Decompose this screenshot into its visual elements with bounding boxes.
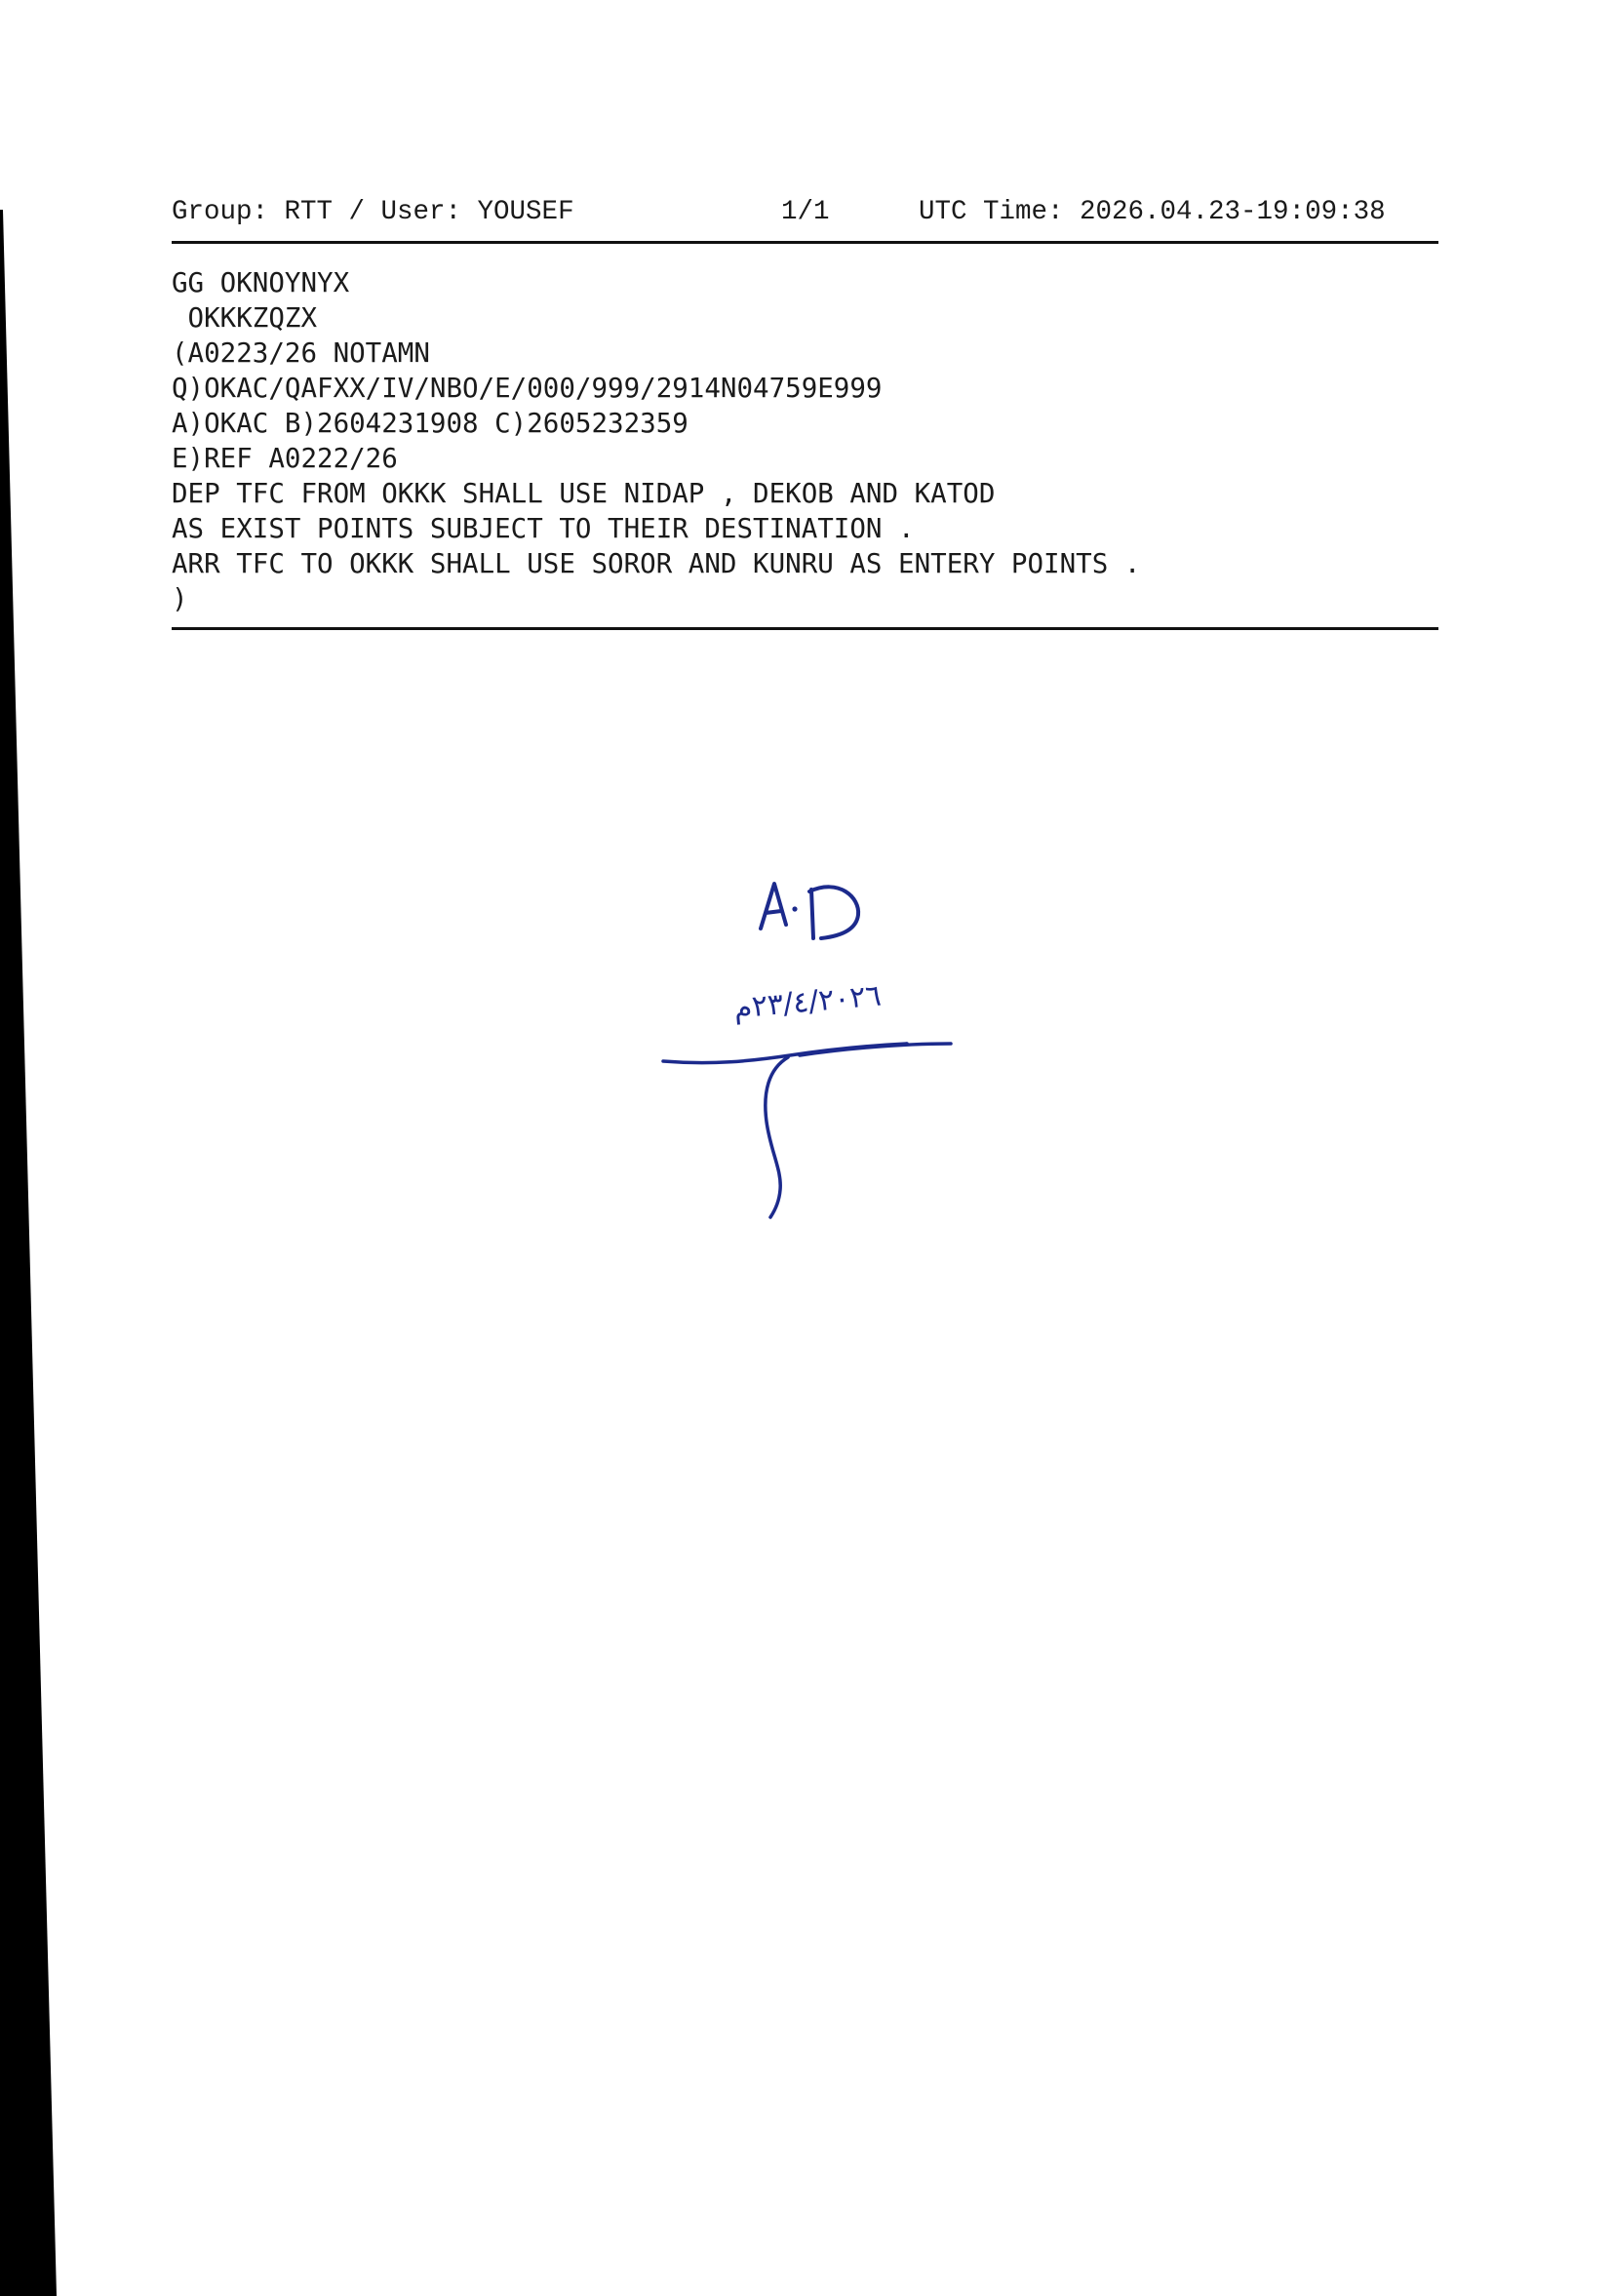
header-divider [172,241,1438,244]
message-line: (A0223/26 NOTAMN [172,336,1140,371]
message-line: AS EXIST POINTS SUBJECT TO THEIR DESTINA… [172,511,1140,546]
notam-printout: Group: RTT / User: YOUSEF 1/1 UTC Time: … [0,0,1613,2296]
message-line: ) [172,581,1140,616]
group-user-label: Group: RTT / User: YOUSEF [172,195,574,230]
message-line: OKKKZQZX [172,300,1140,336]
message-line: GG OKNOYNYX [172,265,1140,300]
message-line: DEP TFC FROM OKKK SHALL USE NIDAP , DEKO… [172,476,1140,511]
message-line: ARR TFC TO OKKK SHALL USE SOROR AND KUNR… [172,546,1140,581]
handwritten-annotation: A.D ٢٣/٤/٢٠٢٦م [644,849,975,1229]
notam-message: GG OKNOYNYX OKKKZQZX(A0223/26 NOTAMNQ)OK… [172,265,1140,616]
message-line: Q)OKAC/QAFXX/IV/NBO/E/000/999/2914N04759… [172,371,1140,406]
print-header: Group: RTT / User: YOUSEF 1/1 UTC Time: … [172,195,1439,230]
utc-time-label: UTC Time: 2026.04.23-19:09:38 [919,195,1386,230]
message-line: E)REF A0222/26 [172,441,1140,476]
footer-divider [172,627,1438,630]
page-indicator: 1/1 [781,195,830,230]
message-line: A)OKAC B)2604231908 C)2605232359 [172,406,1140,441]
